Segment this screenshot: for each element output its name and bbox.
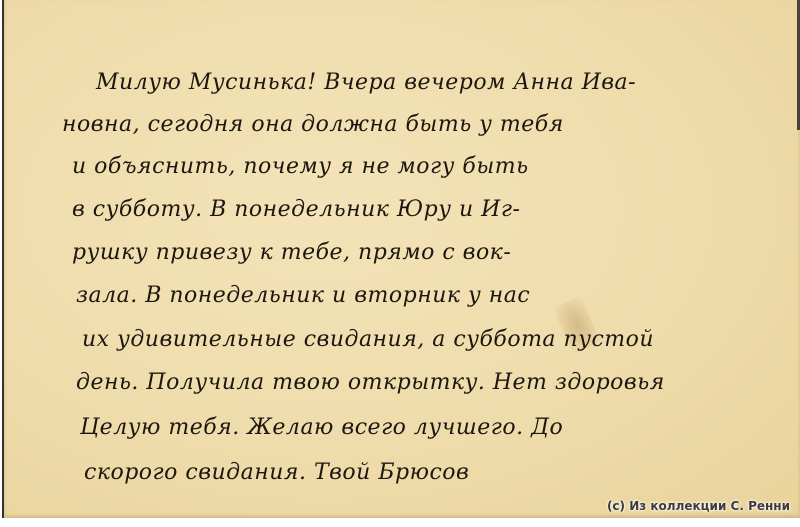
letter-line-6: зала. В понедельник и вторник у нас	[76, 283, 530, 308]
letter-line-8: день. Получила твою открытку. Нет здоров…	[76, 370, 665, 395]
letter-line-3: и объяснить, почему я не могу быть	[72, 154, 529, 179]
letter-line-2: новна, сегодня она должна быть у тебя	[62, 112, 564, 137]
letter-line-9: Целую тебя. Желаю всего лучшего. До	[80, 415, 563, 440]
letter-card: Милую Мусинька! Вчера вечером Анна Ива- …	[2, 0, 800, 518]
collection-watermark: (с) Из коллекции С. Ренни	[607, 499, 790, 513]
letter-line-4: в субботу. В понедельник Юру и Иг-	[72, 197, 520, 222]
letter-line-7: их удивительные свидания, а суббота пуст…	[82, 327, 654, 352]
letter-line-10-signature: скорого свидания. Твой Брюсов	[84, 460, 469, 485]
letter-line-1: Милую Мусинька! Вчера вечером Анна Ива-	[96, 70, 636, 95]
letter-line-5: рушку привезу к тебе, прямо с вок-	[72, 240, 511, 265]
